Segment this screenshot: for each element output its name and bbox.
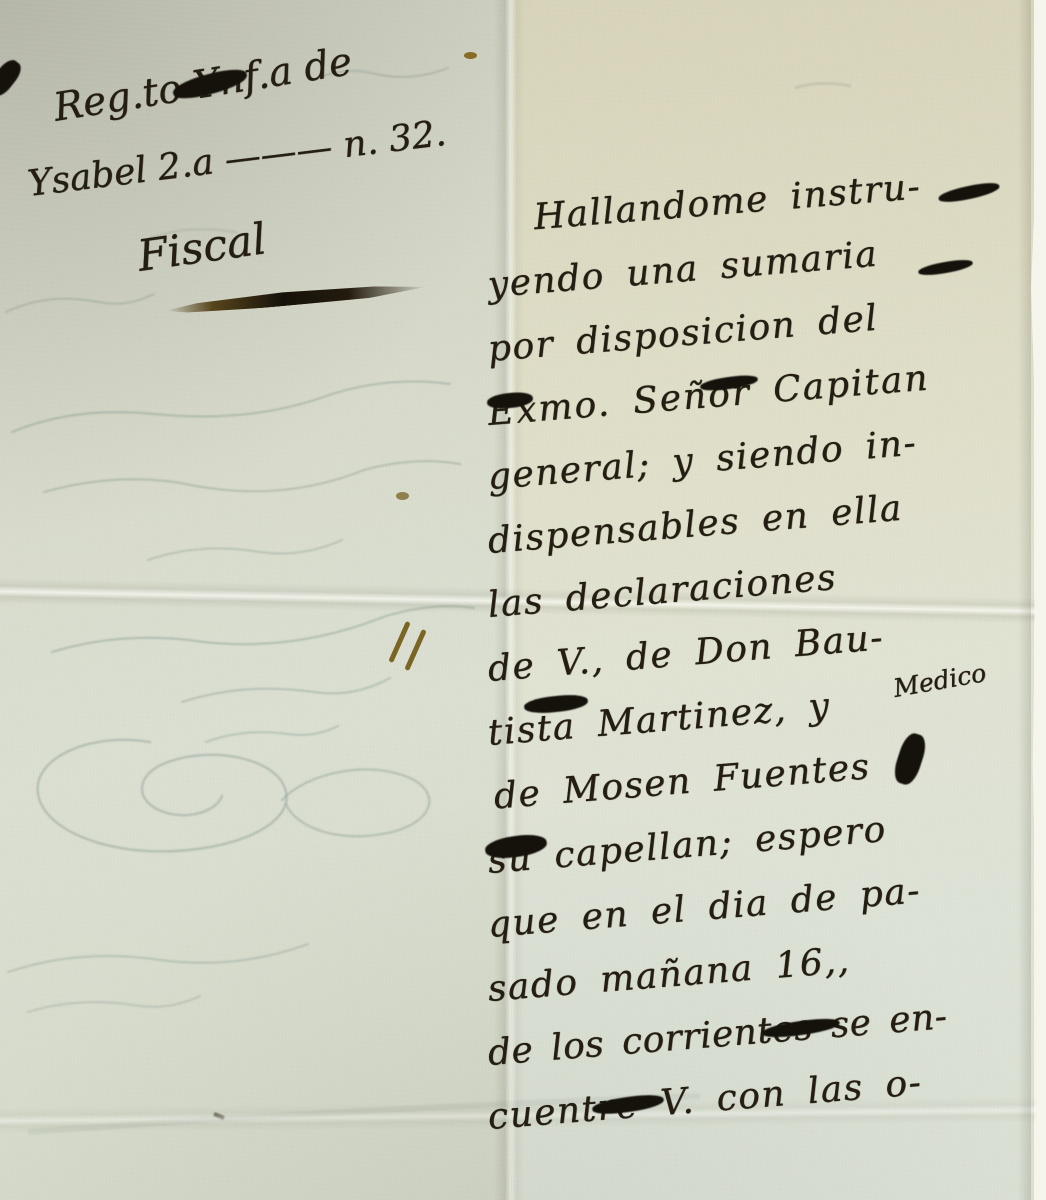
fiscal-underline-flourish	[165, 279, 427, 317]
stain-fleck	[396, 492, 409, 500]
header-unit-number-line: Ysabel 2.a ——— n. 32.	[26, 113, 449, 205]
paper-edge-shadow	[1018, 0, 1031, 1200]
left-page-header: Reg.to Ynf.a de Ysabel 2.a ——— n. 32. Fi…	[0, 0, 512, 340]
stain-fleck	[464, 52, 477, 59]
header-fiscal-line: Fiscal	[135, 214, 270, 281]
letter-scan: Reg.to Ynf.a de Ysabel 2.a ——— n. 32. Fi…	[0, 0, 1046, 1200]
